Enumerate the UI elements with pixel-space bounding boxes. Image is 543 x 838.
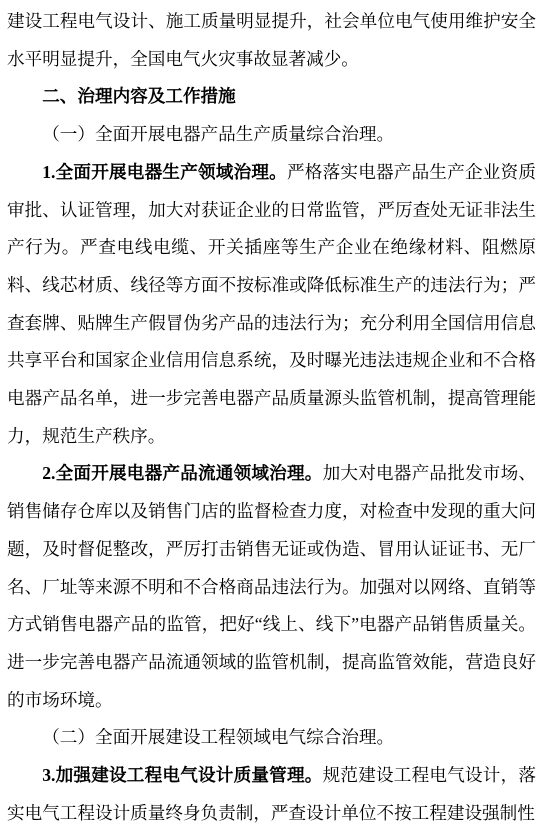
numbered-paragraph-2: 2.全面开展电器产品流通领域治理。加大对电器产品批发市场、销售储存仓库以及销售门… bbox=[7, 455, 536, 719]
numbered-paragraph-3: 3.加强建设工程电气设计质量管理。规范建设工程电气设计，落实电气工程设计质量终身… bbox=[7, 757, 536, 832]
paragraph-continuation: 建设工程电气设计、施工质量明显提升，社会单位电气使用维护安全水平明显提升，全国电… bbox=[7, 3, 536, 78]
numbered-paragraph-2-lead: 2.全面开展电器产品流通领域治理。 bbox=[42, 463, 322, 483]
document-page: 建设工程电气设计、施工质量明显提升，社会单位电气使用维护安全水平明显提升，全国电… bbox=[0, 0, 543, 838]
subsection-heading-1: （一）全面开展电器产品生产质量综合治理。 bbox=[7, 116, 536, 154]
subsection-heading-2: （二）全面开展建设工程领域电气综合治理。 bbox=[7, 719, 536, 757]
numbered-paragraph-1: 1.全面开展电器生产领域治理。严格落实电器产品生产企业资质审批、认证管理，加大对… bbox=[7, 154, 536, 456]
section-heading: 二、治理内容及工作措施 bbox=[7, 78, 536, 116]
numbered-paragraph-1-body: 严格落实电器产品生产企业资质审批、认证管理，加大对获证企业的日常监管，严厉查处无… bbox=[7, 162, 536, 446]
numbered-paragraph-1-lead: 1.全面开展电器生产领域治理。 bbox=[42, 162, 287, 182]
numbered-paragraph-2-body: 加大对电器产品批发市场、销售储存仓库以及销售门店的监督检查力度，对检查中发现的重… bbox=[7, 463, 536, 709]
numbered-paragraph-3-lead: 3.加强建设工程电气设计质量管理。 bbox=[42, 765, 322, 785]
